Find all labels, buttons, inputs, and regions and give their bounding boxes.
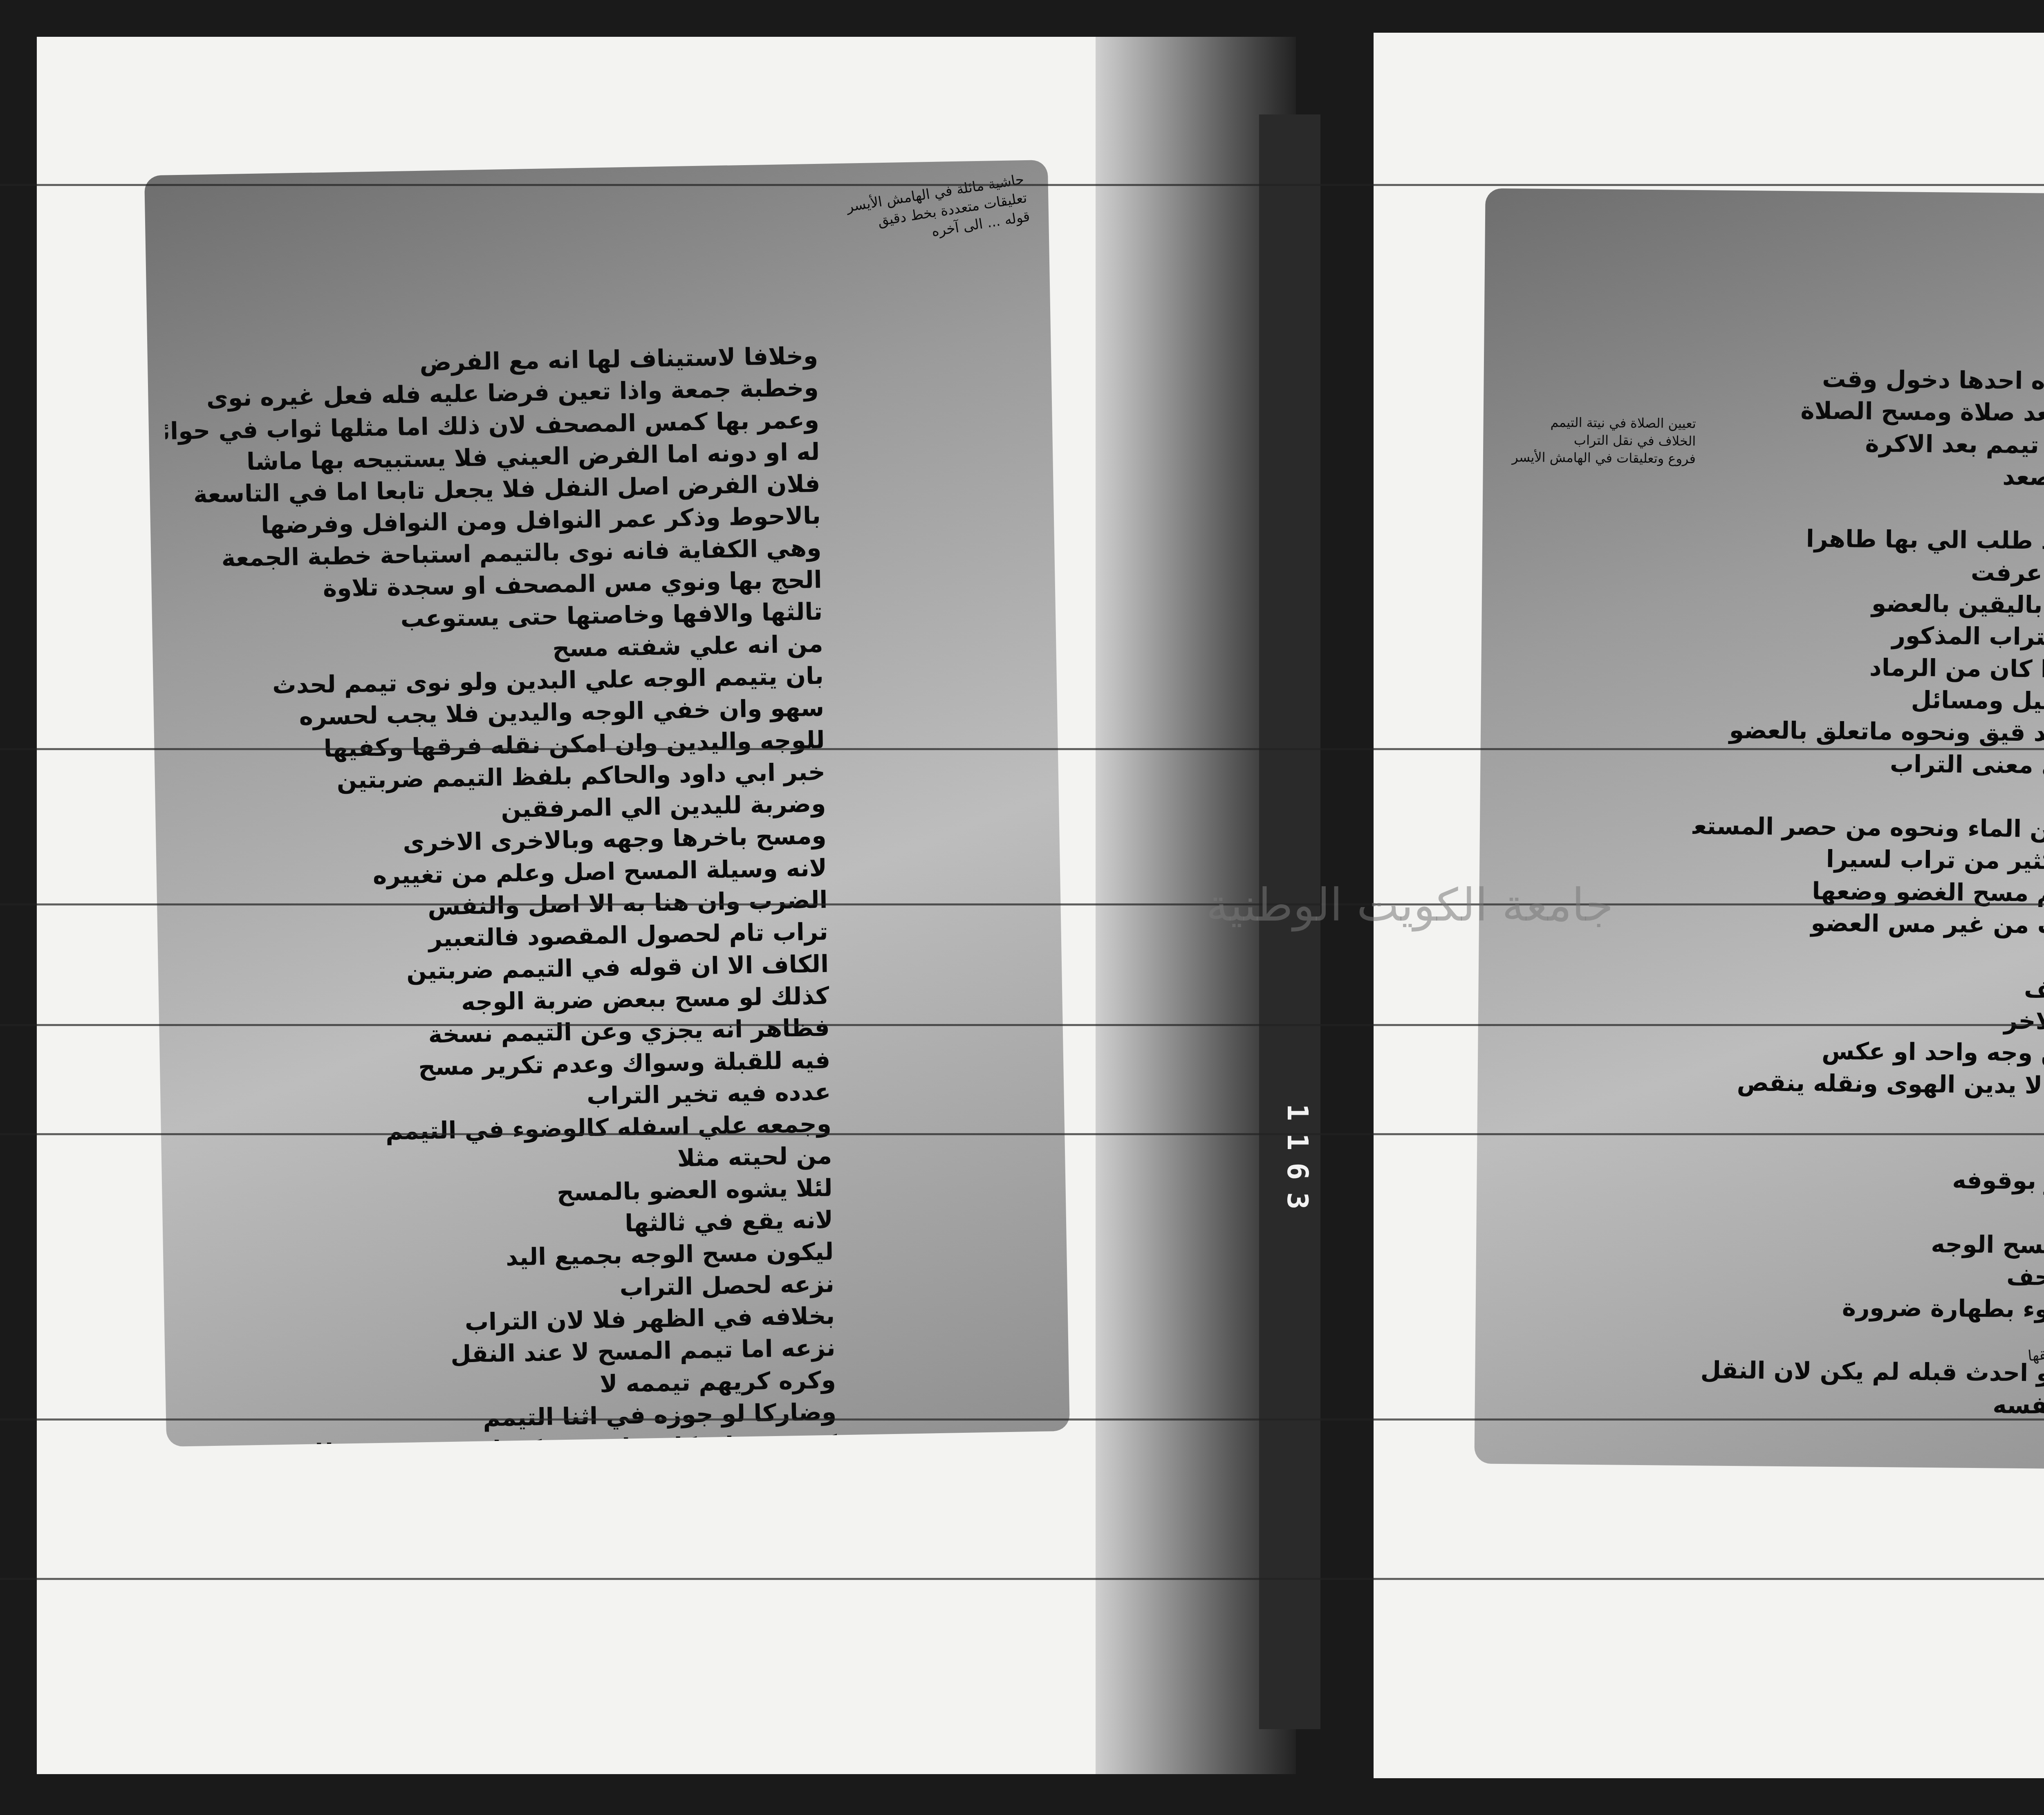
scan-artifact-line (0, 1418, 2044, 1421)
margin-note: تعيين الصلاة في نيتة التيمم (1491, 413, 1696, 433)
left-main-text: وخلافا لاستيناف لها انه مع الفرض وخطبة ج… (164, 340, 838, 1447)
text-line: وسبع تراب وحرق وحلطه بد قيق ونحوه ماتعلق… (1693, 714, 2044, 751)
scan-artifact-line (0, 184, 2044, 186)
scan-artifact-line (0, 748, 2044, 750)
scan-artifact-line (0, 903, 2044, 905)
scan-artifact-line (0, 1133, 2044, 1135)
right-margin-notes: تعيين الصلاة في نيتة التيمم الخلاف في نق… (1491, 413, 1696, 468)
library-watermark: جامعة الكويت الوطنية (1206, 879, 1614, 931)
scan-artifact-line (0, 1024, 2044, 1026)
margin-note: فروع وتعليقات في الهامش الأيسر (1491, 448, 1696, 468)
text-line: وعن الرعاية لها الي وجهه لا يدين الهوى و… (1690, 1066, 2044, 1104)
right-main-text: التيمم لصحته لنا لاالتزم شاه احدها دخول … (1687, 362, 2044, 1456)
right-manuscript-page: تعيين الصلاة في نيتة التيمم الخلاف في نق… (1474, 188, 2044, 1472)
left-manuscript-page: حاشية مائلة في الهامش الأيسر تعليقات متع… (144, 160, 1070, 1447)
margin-note: الخلاف في نقل التراب (1491, 431, 1696, 450)
text-line: وخالطه التيمم لتساقطه عن الماء ونحوه من … (1692, 810, 2044, 847)
scan-artifact-line (0, 1578, 2044, 1580)
film-number-left: 1163 (1281, 1104, 1314, 1222)
